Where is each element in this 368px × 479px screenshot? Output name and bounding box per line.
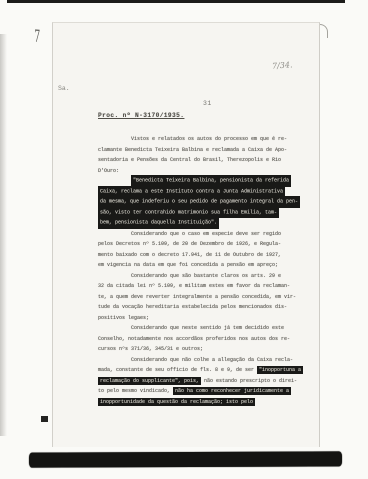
text-line: cursos nºs 371/36, 345/31 e outros; [98, 344, 306, 355]
text-line: mento baixado com o decreto 17.941, de 1… [98, 250, 306, 261]
text-segment: D'Ouro: [98, 168, 119, 174]
text-line: 32 da citada lei nº 5.109, e militam est… [98, 281, 306, 292]
page-number: 31 [203, 100, 212, 107]
text-line: Considerando que neste sentido já tem de… [98, 323, 306, 334]
text-line: Considerando que são bastante claros os … [98, 271, 306, 282]
text-line: sentadoria e Pensões da Central do Brasi… [98, 155, 306, 166]
text-line: reclamação do supplicante", pois, não es… [98, 376, 306, 387]
highlighted-text-segment: são, visto ter contrahido matrimonio sua… [98, 207, 279, 218]
text-segment: pelos Decretos nº 5.109, de 20 de Dezemb… [98, 241, 281, 247]
text-line: bem, pensionista daquella Instituição". [98, 218, 306, 229]
process-number-heading: Proc. nº N-3170/1935. [98, 112, 184, 119]
highlighted-text-segment: "Benedicta Teixeira Balbina, pensionista… [131, 175, 291, 186]
text-segment: positivos legaes; [98, 315, 149, 321]
text-segment: mento baixado com o decreto 17.941, de 1… [98, 252, 281, 258]
text-segment: Considerando que neste sentido já tem de… [131, 325, 284, 331]
text-line: positivos legaes; [98, 313, 306, 324]
text-segment: Considerando que não colhe a allegação d… [131, 357, 293, 363]
scan-smudge-left [0, 34, 7, 436]
text-segment: Conselho, notadamente nos accordãos prof… [98, 336, 290, 342]
highlighted-text-segment: inopportunidade da questão da reclamação… [98, 398, 255, 406]
text-segment: não estando prescripto o direi- [201, 378, 297, 384]
highlighted-text-segment: não ha como reconhecer juridicamente a [173, 387, 291, 395]
text-line: "Benedicta Teixeira Balbina, pensionista… [98, 176, 306, 187]
margin-tick-mark: 7 [34, 26, 42, 49]
text-line: em vigencia na data em que foi concedida… [98, 260, 306, 271]
text-segment: Considerando que o caso em especie deve … [131, 231, 281, 237]
handwritten-folio-number: 7/34. [272, 60, 293, 70]
text-segment: mada, constante de seu officio de fls. 8… [98, 367, 257, 373]
scanned-document-page: 7 7/34. Sa. 31 Proc. nº N-3170/1935. Vis… [0, 0, 368, 479]
text-segment: tude da vocação hereditaria estabelecida… [98, 304, 287, 310]
text-line: Vistos e relatados os autos do processo … [98, 134, 306, 145]
text-segment: Considerando que são bastante claros os … [131, 273, 281, 279]
highlighted-text-segment: bem, pensionista daquella Instituição". [98, 217, 219, 228]
highlighted-text-segment: reclamação do supplicante", pois, [98, 377, 201, 385]
text-segment: Vistos e relatados os autos do processo … [131, 136, 287, 142]
text-line: Considerando que o caso em especie deve … [98, 229, 306, 240]
text-segment: 32 da citada lei nº 5.109, e militam est… [98, 283, 290, 289]
text-line: Conselho, notadamente nos accordãos prof… [98, 334, 306, 345]
text-segment: te, a quem deve reverter integralmente a… [98, 294, 296, 300]
text-line: mada, constante de seu officio de fls. 8… [98, 365, 306, 376]
paper-sheet: 7/34. Sa. 31 Proc. nº N-3170/1935. Visto… [52, 22, 320, 447]
document-body: Vistos e relatados os autos do processo … [98, 134, 306, 407]
highlighted-text-segment: Caixa, reclama a este Instituto contra a… [98, 186, 285, 197]
text-segment: sentadoria e Pensões da Central do Brasi… [98, 157, 281, 163]
scan-edge-bar-bottom [29, 451, 342, 467]
highlighted-text-segment: "inopportuna a [257, 366, 303, 374]
text-line: Considerando que não colhe a allegação d… [98, 355, 306, 366]
scan-edge-line-top [7, 0, 345, 3]
text-line: tude da vocação hereditaria estabelecida… [98, 302, 306, 313]
text-segment: clamante Benedicta Teixeira Balbina e re… [98, 147, 287, 153]
text-line: to pelo mesmo vindicado, não ha como rec… [98, 386, 306, 397]
highlighted-text-segment: da mesma, que indeferiu o seu pedido de … [98, 196, 300, 207]
text-segment: to pelo mesmo vindicado, [98, 388, 173, 394]
text-line: clamante Benedicta Teixeira Balbina e re… [98, 145, 306, 156]
margin-note: Sa. [58, 85, 70, 92]
text-line: te, a quem deve reverter integralmente a… [98, 292, 306, 303]
text-line: da mesma, que indeferiu o seu pedido de … [98, 197, 306, 208]
text-segment: em vigencia na data em que foi concedida… [98, 262, 278, 268]
scan-corner-square-mark [41, 416, 48, 422]
text-line: pelos Decretos nº 5.109, de 20 de Dezemb… [98, 239, 306, 250]
text-line: inopportunidade da questão da reclamação… [98, 397, 306, 408]
text-segment: cursos nºs 371/36, 345/31 e outros; [98, 346, 203, 352]
